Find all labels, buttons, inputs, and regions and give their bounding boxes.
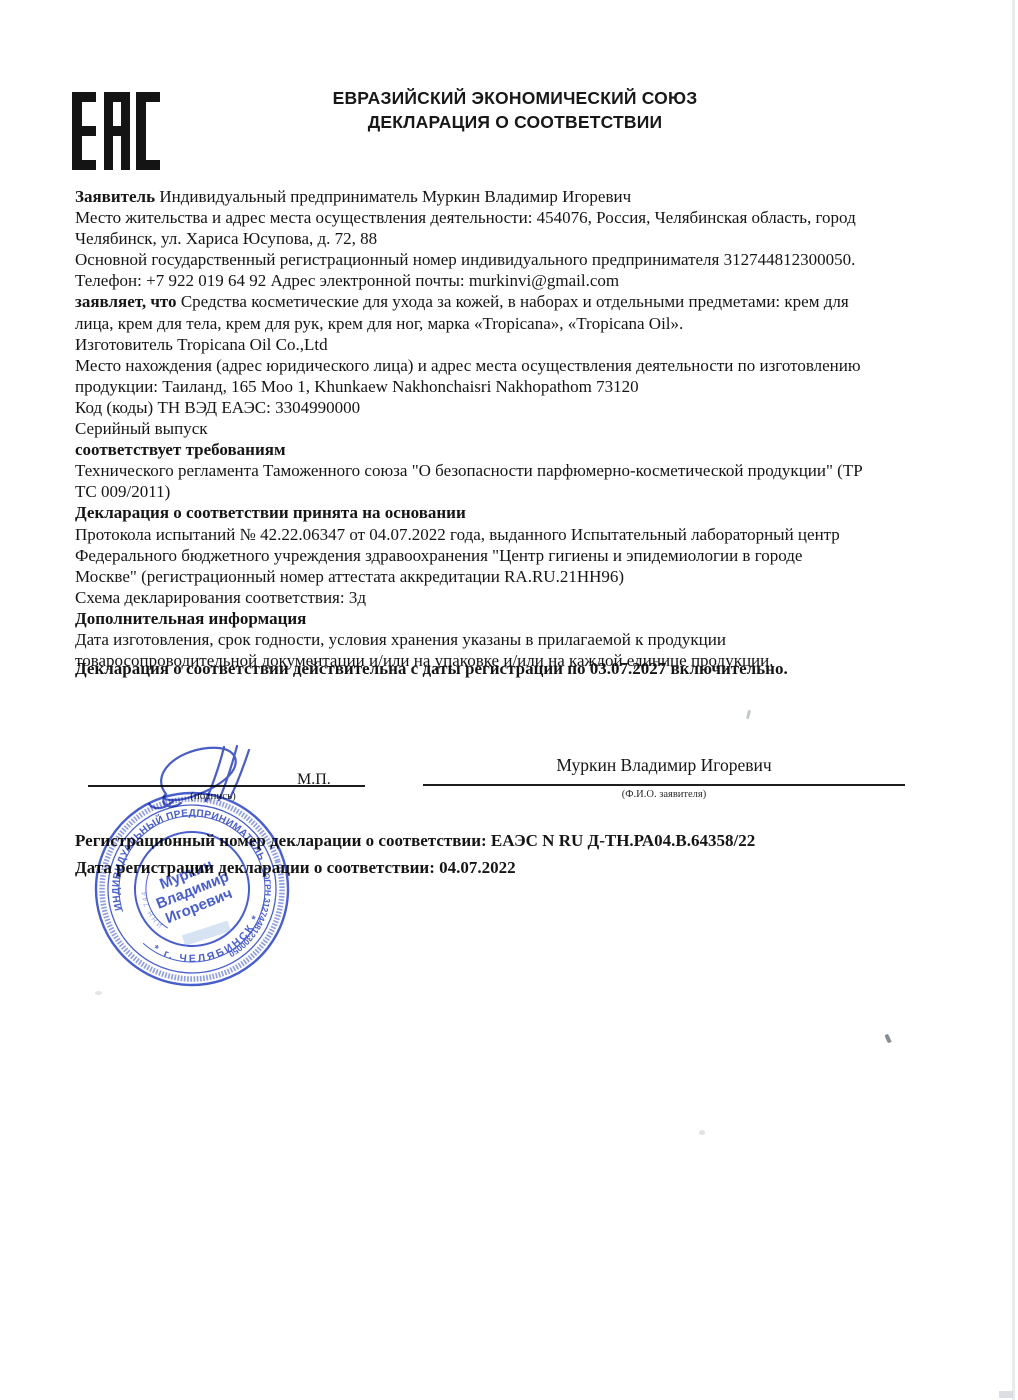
applicant-name-line (423, 784, 905, 786)
body-line: продукции: Таиланд, 165 Moo 1, Khunkaew … (75, 376, 975, 397)
title-line-union: ЕВРАЗИЙСКИЙ ЭКОНОМИЧЕСКИЙ СОЮЗ (205, 86, 825, 110)
scan-edge-line (1012, 0, 1015, 1400)
declaration-document: ЕВРАЗИЙСКИЙ ЭКОНОМИЧЕСКИЙ СОЮЗ ДЕКЛАРАЦИ… (0, 0, 1018, 1400)
scan-artifact (95, 991, 102, 995)
scan-artifact (699, 1130, 705, 1135)
body-line: Схема декларирования соответствия: 3д (75, 587, 975, 608)
body-line: Технического регламента Таможенного союз… (75, 460, 975, 481)
body-line: Код (коды) ТН ВЭД ЕАЭС: 3304990000 (75, 397, 975, 418)
scan-artifact (746, 710, 751, 719)
body-line: Серийный выпуск (75, 418, 975, 439)
body-line: соответствует требованиям (75, 439, 975, 460)
applicant-name-caption: (Ф.И.О. заявителя) (423, 789, 905, 800)
body-line: Место жительства и адрес места осуществл… (75, 207, 975, 228)
title-line-declaration: ДЕКЛАРАЦИЯ О СООТВЕТСТВИИ (205, 110, 825, 134)
body-line: Челябинск, ул. Хариса Юсупова, д. 72, 88 (75, 228, 975, 249)
body-line: Заявитель Индивидуальный предприниматель… (75, 186, 975, 207)
body-line: ТС 009/2011) (75, 481, 975, 502)
eac-mark-logo (72, 92, 160, 170)
body-line: Основной государственный регистрационный… (75, 249, 975, 270)
body-line: Изготовитель Tropicana Oil Co.,Ltd (75, 334, 975, 355)
applicant-name: Муркин Владимир Игоревич (420, 755, 908, 776)
document-title: ЕВРАЗИЙСКИЙ ЭКОНОМИЧЕСКИЙ СОЮЗ ДЕКЛАРАЦИ… (205, 86, 825, 134)
scan-artifact (884, 1034, 891, 1044)
validity-statement: Декларация о соответствии действительна … (75, 659, 788, 679)
scan-artifact (999, 1391, 1013, 1398)
body-line: Дата изготовления, срок годности, услови… (75, 629, 975, 650)
body-line: Москве" (регистрационный номер аттестата… (75, 566, 975, 587)
body-line: Протокола испытаний № 42.22.06347 от 04.… (75, 524, 975, 545)
body-line: Телефон: +7 922 019 64 92 Адрес электрон… (75, 270, 975, 291)
body-line: Место нахождения (адрес юридического лиц… (75, 355, 975, 376)
body-line: лица, крем для тела, крем для рук, крем … (75, 313, 975, 334)
body-line: заявляет, что Средства косметические для… (75, 291, 975, 312)
stamp-seal: ИНДИВИДУАЛЬНЫЙ ПРЕДПРИНИМАТЕЛЬ * ОГРН 31… (92, 789, 292, 989)
body-text: Заявитель Индивидуальный предприниматель… (75, 186, 975, 671)
body-line: Декларация о соответствии принята на осн… (75, 502, 975, 523)
body-line: Дополнительная информация (75, 608, 975, 629)
body-line: Федерального бюджетного учреждения здрав… (75, 545, 975, 566)
